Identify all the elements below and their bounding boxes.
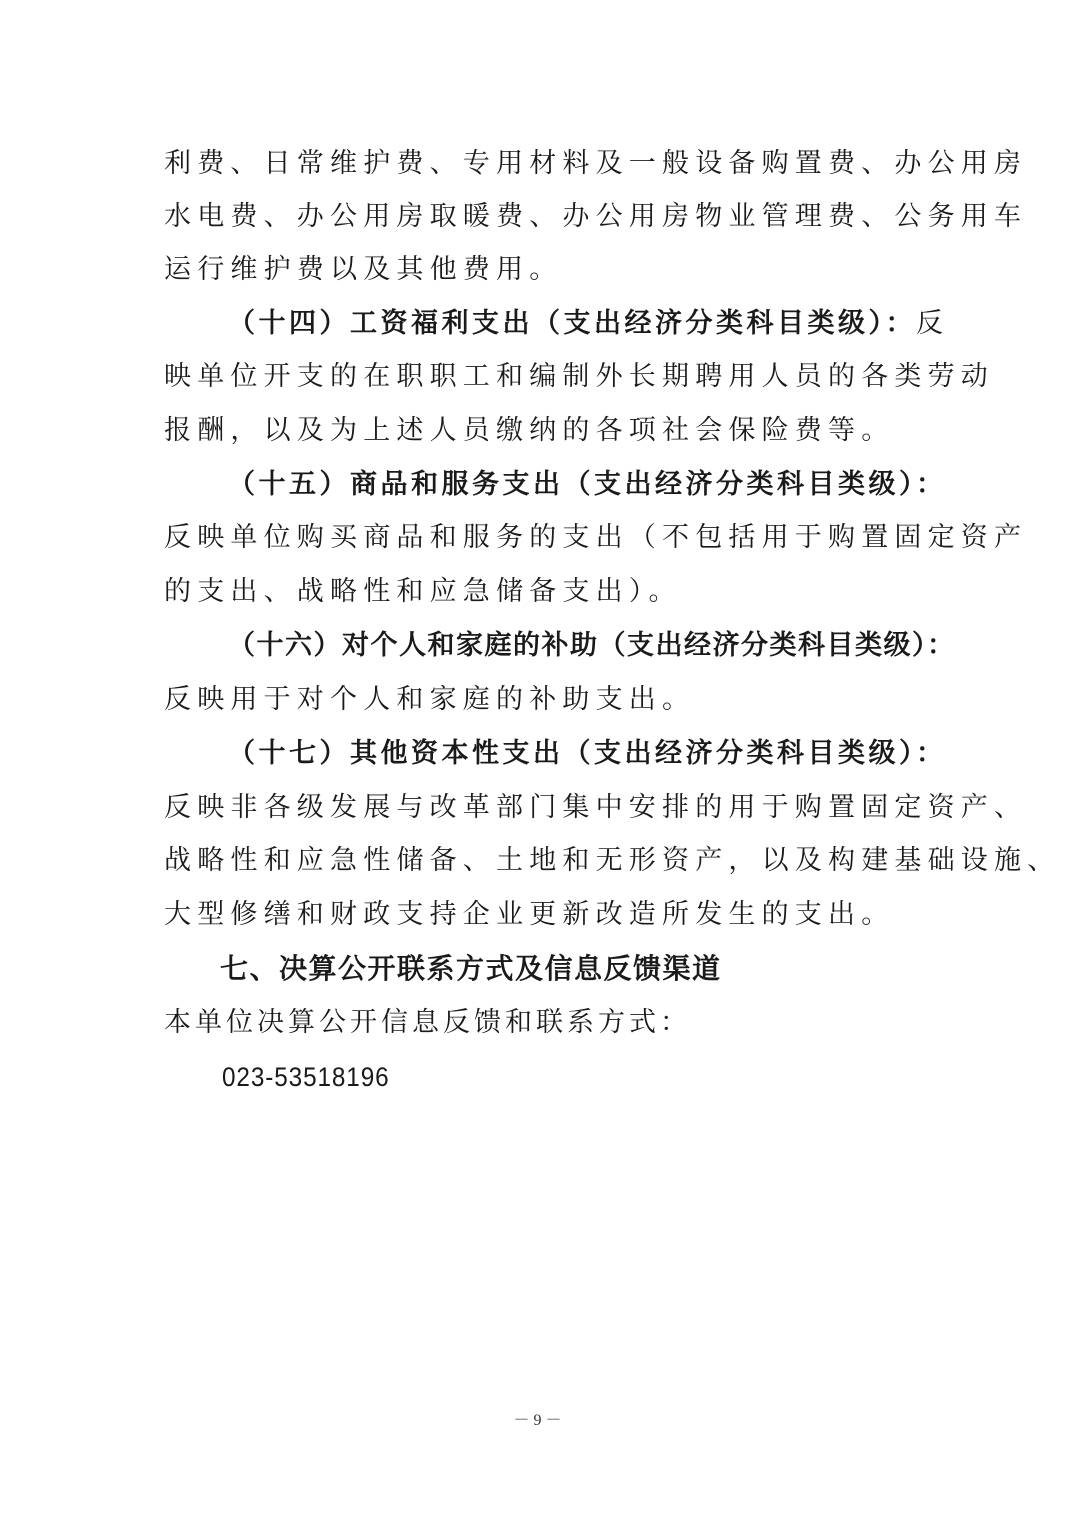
section-title-17: （十七）其他资本性支出（支出经济分类科目类级）： — [228, 736, 947, 772]
paragraph-line: 报酬，以及为上述人员缴纳的各项社会保险费等。 — [164, 413, 894, 449]
section-title-15: （十五）商品和服务支出（支出经济分类科目类级）： — [228, 467, 947, 503]
section-title-16: （十六）对个人和家庭的补助（支出经济分类科目类级）： — [228, 628, 956, 664]
section-title-tail: 反 — [916, 308, 949, 339]
paragraph-line: 反映非各级发展与改革部门集中安排的用于购置固定资产、 — [164, 790, 1027, 826]
section-title-text: （十四）工资福利支出（支出经济分类科目类级）： — [228, 308, 916, 339]
paragraph-line: 大型修缮和财政支持企业更新改造所发生的支出。 — [164, 897, 894, 933]
section-title-text: （十六）对个人和家庭的补助（支出经济分类科目类级）： — [228, 630, 956, 661]
paragraph-line: 运行维护费以及其他费用。 — [164, 252, 562, 288]
paragraph-line: 反映用于对个人和家庭的补助支出。 — [164, 682, 695, 718]
paragraph-line: 水电费、办公用房取暖费、办公用房物业管理费、公务用车 — [164, 199, 1027, 235]
page-number: － 9 － — [0, 1407, 1075, 1430]
paragraph-line: 映单位开支的在职职工和编制外长期聘用人员的各类劳动 — [164, 359, 994, 395]
paragraph-line: 反映单位购买商品和服务的支出（不包括用于购置固定资产 — [164, 520, 1027, 556]
document-page: 利费、日常维护费、专用材料及一般设备购置费、办公用房 水电费、办公用房取暖费、办… — [0, 0, 1075, 1520]
contact-phone: 023-53518196 — [222, 1059, 390, 1095]
section-title-text: （十七）其他资本性支出（支出经济分类科目类级）： — [228, 738, 947, 769]
section-title-text: （十五）商品和服务支出（支出经济分类科目类级）： — [228, 469, 947, 500]
paragraph-line: 战略性和应急性储备、土地和无形资产，以及构建基础设施、 — [164, 843, 1060, 879]
paragraph-line: 的支出、战略性和应急储备支出）。 — [164, 574, 682, 610]
contact-heading: 七、决算公开联系方式及信息反馈渠道 — [220, 951, 722, 987]
contact-intro: 本单位决算公开信息反馈和联系方式： — [164, 1005, 691, 1041]
section-title-14: （十四）工资福利支出（支出经济分类科目类级）：反 — [228, 306, 949, 342]
paragraph-line: 利费、日常维护费、专用材料及一般设备购置费、办公用房 — [164, 146, 1027, 182]
